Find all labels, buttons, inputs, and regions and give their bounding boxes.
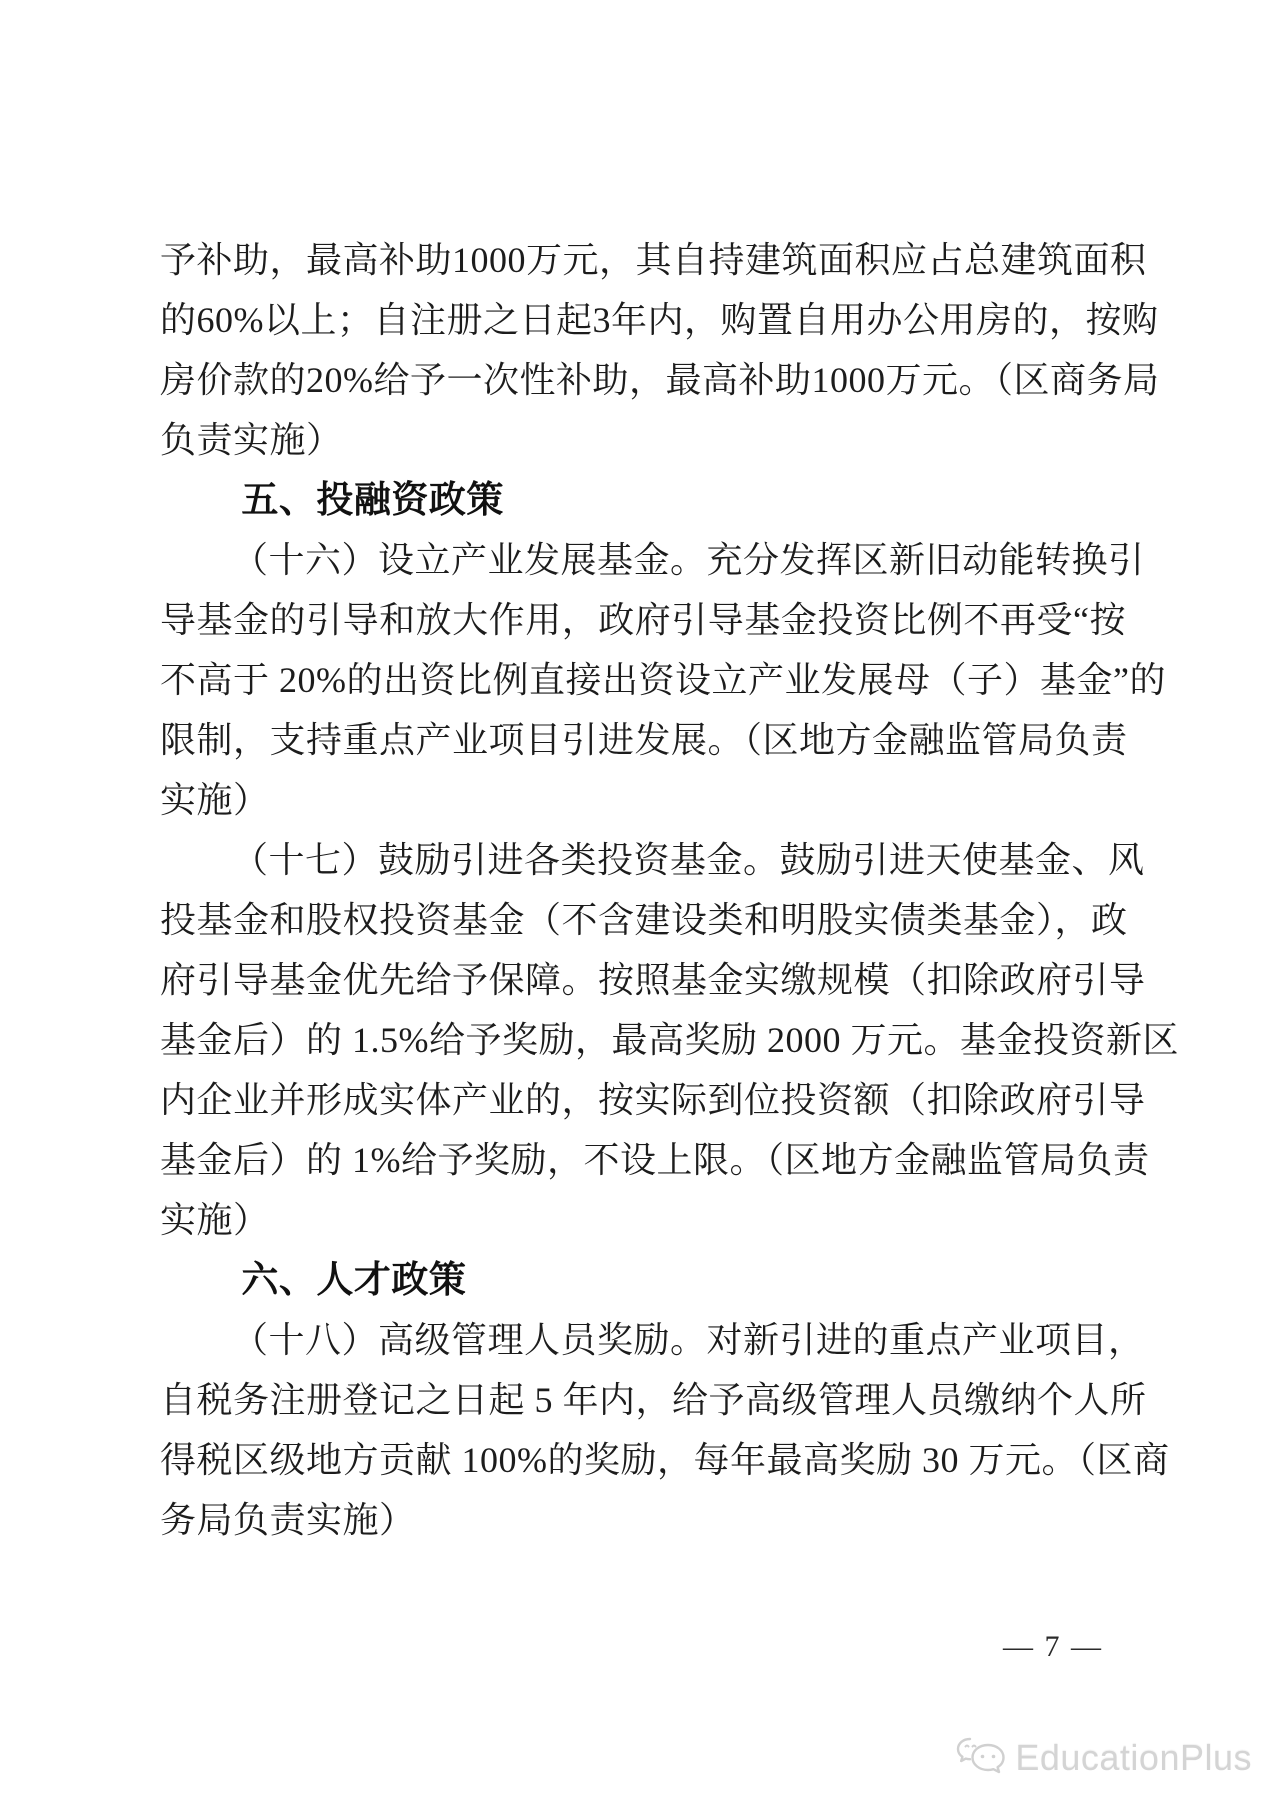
document-line: 房价款的20%给予一次性补助，最高补助1000万元。（区商务局 xyxy=(160,350,1126,410)
document-line: 的60%以上；自注册之日起3年内，购置自用办公用房的，按购 xyxy=(160,290,1126,350)
document-line: 予补助，最高补助1000万元，其自持建筑面积应占总建筑面积 xyxy=(160,230,1126,290)
document-line: 基金后）的 1.5%给予奖励，最高奖励 2000 万元。基金投资新区 xyxy=(160,1010,1126,1070)
document-body: 予补助，最高补助1000万元，其自持建筑面积应占总建筑面积 的60%以上；自注册… xyxy=(160,230,1126,1550)
document-line: 不高于 20%的出资比例直接出资设立产业发展母（子）基金”的 xyxy=(160,650,1126,710)
watermark-text: EducationPlus xyxy=(1015,1737,1252,1779)
document-line: 务局负责实施） xyxy=(160,1490,1126,1550)
document-page: 予补助，最高补助1000万元，其自持建筑面积应占总建筑面积 的60%以上；自注册… xyxy=(0,0,1280,1810)
wechat-icon xyxy=(955,1736,1007,1780)
document-line: （十八）高级管理人员奖励。对新引进的重点产业项目， xyxy=(160,1310,1126,1370)
document-line: 实施） xyxy=(160,770,1126,830)
document-line: 府引导基金优先给予保障。按照基金实缴规模（扣除政府引导 xyxy=(160,950,1126,1010)
document-line: 基金后）的 1%给予奖励，不设上限。（区地方金融监管局负责 xyxy=(160,1130,1126,1190)
document-line: 负责实施） xyxy=(160,410,1126,470)
footer-watermark: EducationPlus xyxy=(955,1736,1252,1780)
document-line: 实施） xyxy=(160,1190,1126,1250)
document-line: 内企业并形成实体产业的，按实际到位投资额（扣除政府引导 xyxy=(160,1070,1126,1130)
section-heading-investment-financing: 五、投融资政策 xyxy=(160,470,1126,530)
document-line: 导基金的引导和放大作用，政府引导基金投资比例不再受“按 xyxy=(160,590,1126,650)
document-line: （十七）鼓励引进各类投资基金。鼓励引进天使基金、风 xyxy=(160,830,1126,890)
document-line: 自税务注册登记之日起 5 年内，给予高级管理人员缴纳个人所 xyxy=(160,1370,1126,1430)
section-heading-talent-policy: 六、人才政策 xyxy=(160,1250,1126,1310)
document-line: 限制，支持重点产业项目引进发展。（区地方金融监管局负责 xyxy=(160,710,1126,770)
document-line: 得税区级地方贡献 100%的奖励，每年最高奖励 30 万元。（区商 xyxy=(160,1430,1126,1490)
document-line: （十六）设立产业发展基金。充分发挥区新旧动能转换引 xyxy=(160,530,1126,590)
page-number: — 7 — xyxy=(1003,1630,1103,1664)
document-line: 投基金和股权投资基金（不含建设类和明股实债类基金），政 xyxy=(160,890,1126,950)
